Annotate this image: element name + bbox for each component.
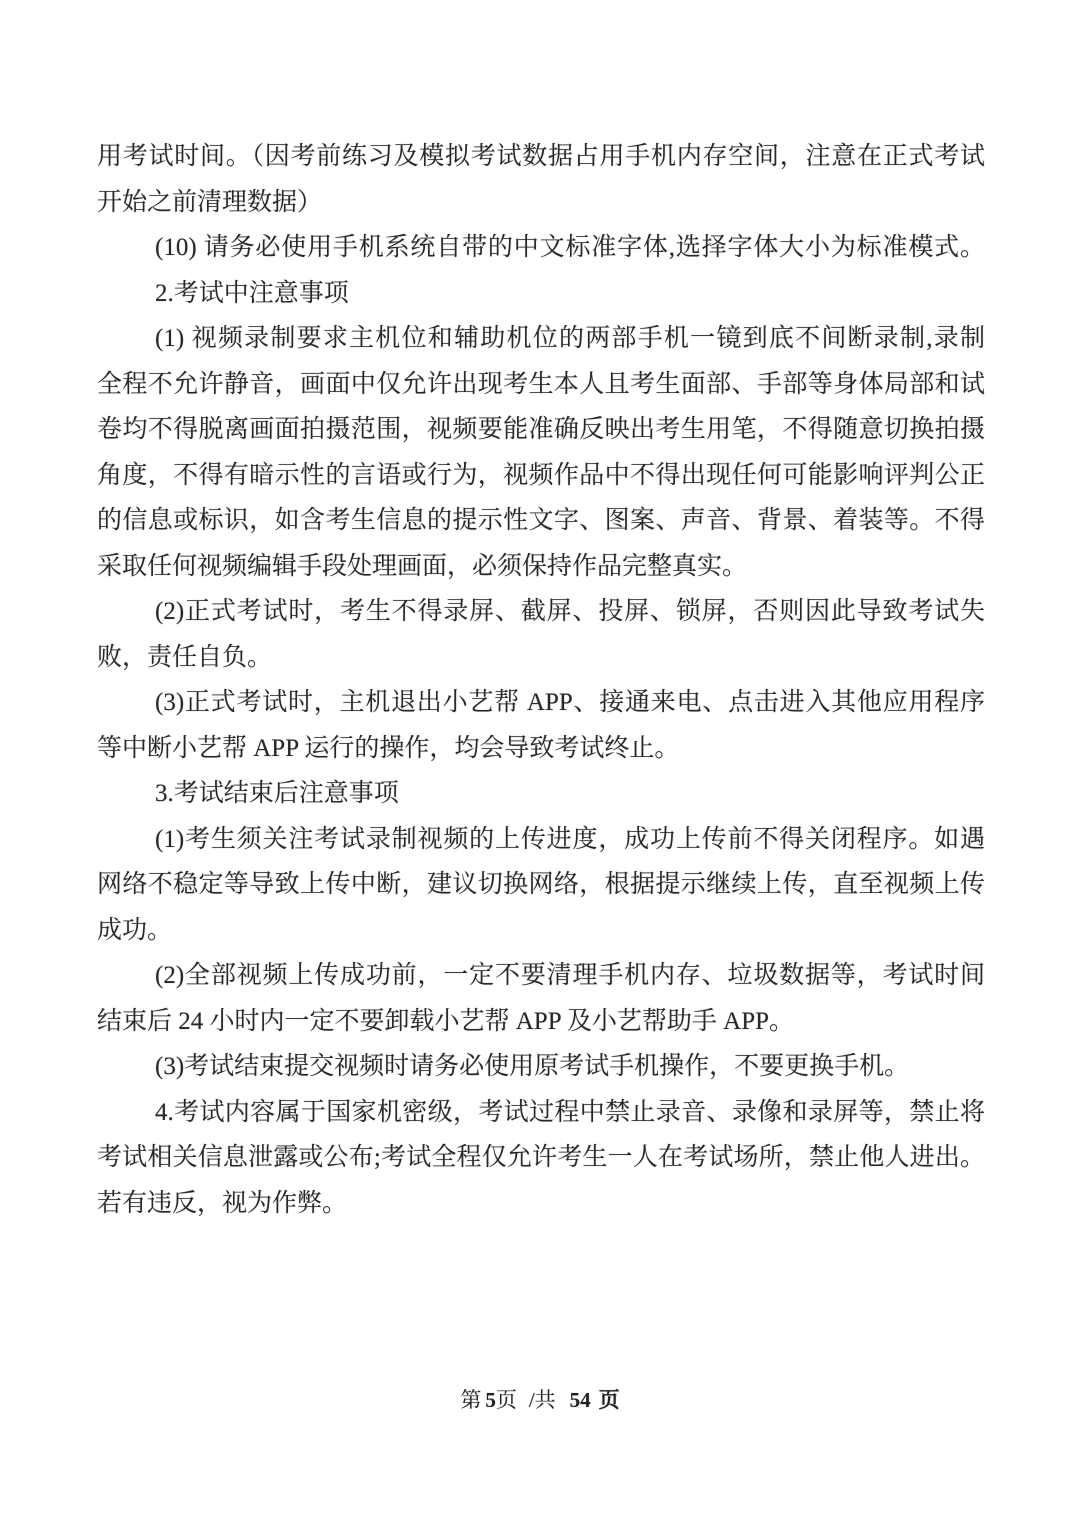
document-body: 用考试时间。（因考前练习及模拟考试数据占用手机内存空间，注意在正式考试 开始之前…	[97, 134, 985, 1226]
text-line: 全程不允许静音，画面中仅允许出现考生本人且考生面部、手部等身体局部和试	[97, 362, 985, 408]
text-line: 角度，不得有暗示性的言语或行为，视频作品中不得出现任何可能影响评判公正	[97, 453, 985, 499]
text-line: 网络不稳定等导致上传中断，建议切换网络，根据提示继续上传，直至视频上传	[97, 862, 985, 908]
footer-page-unit: 页	[496, 1386, 517, 1414]
footer-page-number: 5	[485, 1386, 496, 1414]
text-line: (3)考试结束提交视频时请务必使用原考试手机操作，不要更换手机。	[97, 1044, 985, 1090]
text-line: (10) 请务必使用手机系统自带的中文标准字体,选择字体大小为标准模式。	[97, 225, 985, 271]
text-line: 考试相关信息泄露或公布;考试全程仅允许考生一人在考试场所，禁止他人进出。	[97, 1135, 985, 1181]
text-line: (3)正式考试时，主机退出小艺帮 APP、接通来电、点击进入其他应用程序	[97, 680, 985, 726]
text-line: (2)全部视频上传成功前，一定不要清理手机内存、垃圾数据等，考试时间	[97, 953, 985, 999]
section-heading: 2.考试中注意事项	[97, 271, 985, 317]
text-line: 4.考试内容属于国家机密级，考试过程中禁止录音、录像和录屏等，禁止将	[97, 1090, 985, 1136]
text-line: 成功。	[97, 908, 985, 954]
text-line: 等中断小艺帮 APP 运行的操作，均会导致考试终止。	[97, 726, 985, 772]
section-heading: 3.考试结束后注意事项	[97, 771, 985, 817]
text-line: 败，责任自负。	[97, 635, 985, 681]
text-line: (1)考生须关注考试录制视频的上传进度，成功上传前不得关闭程序。如遇	[97, 817, 985, 863]
text-line: 开始之前清理数据）	[97, 180, 985, 226]
page-footer: 第5页/共54页	[0, 1386, 1080, 1414]
text-line: 若有违反，视为作弊。	[97, 1181, 985, 1227]
footer-total-unit: 页	[599, 1386, 620, 1414]
text-line: 结束后 24 小时内一定不要卸载小艺帮 APP 及小艺帮助手 APP。	[97, 999, 985, 1045]
footer-separator: /共	[529, 1386, 556, 1414]
text-line: (1) 视频录制要求主机位和辅助机位的两部手机一镜到底不间断录制,录制	[97, 316, 985, 362]
text-line: 卷均不得脱离画面拍摄范围，视频要能准确反映出考生用笔，不得随意切换拍摄	[97, 407, 985, 453]
footer-total-pages: 54	[570, 1386, 591, 1414]
document-page: 用考试时间。（因考前练习及模拟考试数据占用手机内存空间，注意在正式考试 开始之前…	[0, 0, 1080, 1527]
footer-page-prefix: 第	[460, 1386, 481, 1414]
text-line: 采取任何视频编辑手段处理画面，必须保持作品完整真实。	[97, 544, 985, 590]
text-line: 的信息或标识，如含考生信息的提示性文字、图案、声音、背景、着装等。不得	[97, 498, 985, 544]
text-line: (2)正式考试时，考生不得录屏、截屏、投屏、锁屏，否则因此导致考试失	[97, 589, 985, 635]
text-line: 用考试时间。（因考前练习及模拟考试数据占用手机内存空间，注意在正式考试	[97, 134, 985, 180]
